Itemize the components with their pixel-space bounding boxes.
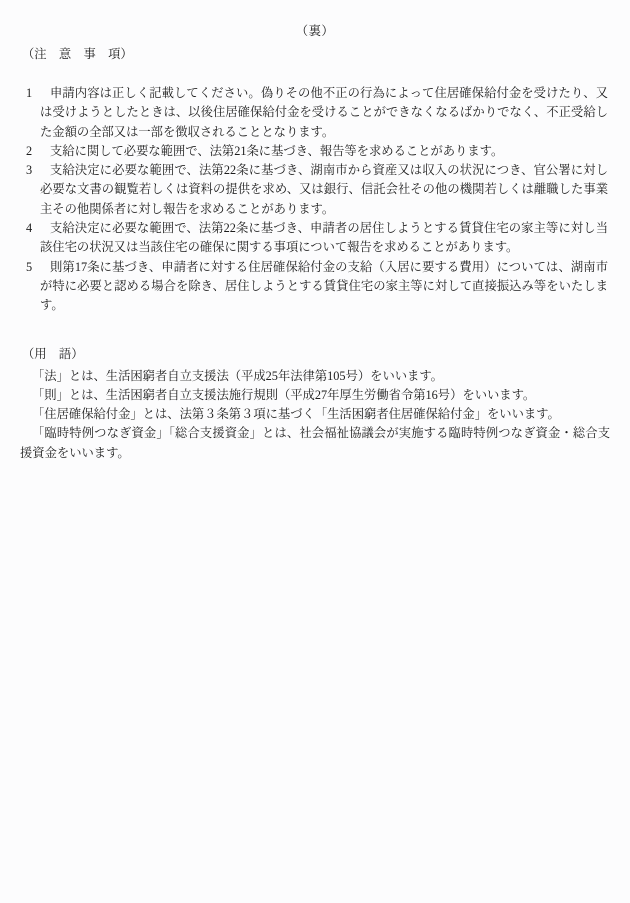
note-number: 4: [26, 219, 32, 238]
note-item-5: 5 則第17条に基づき、申請者に対する住居確保給付金の支給（入居に要する費用）に…: [40, 258, 608, 316]
notes-section-heading: （注 意 事 項）: [22, 46, 630, 62]
note-item-2: 2 支給に関して必要な範囲で、法第21条に基づき、報告等を求めることがあります。: [40, 142, 608, 161]
note-number: 2: [26, 142, 32, 161]
note-text: 支給決定に必要な範囲で、法第22条に基づき、湖南市から資産又は収入の状況につき、…: [40, 163, 608, 216]
note-text: 支給に関して必要な範囲で、法第21条に基づき、報告等を求めることがあります。: [50, 144, 503, 158]
page-side-label: （裏）: [0, 23, 630, 39]
glossary-entry-funds: 「臨時特例つなぎ資金」「総合支援資金」とは、社会福祉協議会が実施する臨時特例つな…: [20, 424, 610, 463]
note-item-3: 3 支給決定に必要な範囲で、法第22条に基づき、湖南市から資産又は収入の状況につ…: [40, 161, 608, 219]
note-number: 1: [26, 84, 32, 103]
note-item-4: 4 支給決定に必要な範囲で、法第22条に基づき、申請者の居住しようとする賃貸住宅…: [40, 219, 608, 258]
note-number: 3: [26, 161, 32, 180]
glossary-list: 「法」とは、生活困窮者自立支援法（平成25年法律第105号）をいいます。 「則」…: [0, 367, 630, 463]
glossary-entry-benefit: 「住居確保給付金」とは、法第３条第３項に基づく「生活困窮者住居確保給付金」をいい…: [20, 405, 610, 424]
glossary-entry-law: 「法」とは、生活困窮者自立支援法（平成25年法律第105号）をいいます。: [20, 367, 610, 386]
note-item-1: 1 申請内容は正しく記載してください。偽りその他不正の行為によって住居確保給付金…: [40, 84, 608, 142]
glossary-section-heading: （用 語）: [22, 346, 630, 362]
note-text: 支給決定に必要な範囲で、法第22条に基づき、申請者の居住しようとする賃貸住宅の家…: [40, 221, 608, 254]
document-page: （裏） （注 意 事 項） 1 申請内容は正しく記載してください。偽りその他不正…: [0, 0, 630, 903]
notes-list: 1 申請内容は正しく記載してください。偽りその他不正の行為によって住居確保給付金…: [0, 84, 630, 316]
note-number: 5: [26, 258, 32, 277]
glossary-entry-rule: 「則」とは、生活困窮者自立支援法施行規則（平成27年厚生労働省令第16号）をいい…: [20, 386, 610, 405]
note-text: 申請内容は正しく記載してください。偽りその他不正の行為によって住居確保給付金を受…: [40, 86, 608, 139]
note-text: 則第17条に基づき、申請者に対する住居確保給付金の支給（入居に要する費用）につい…: [40, 260, 608, 313]
